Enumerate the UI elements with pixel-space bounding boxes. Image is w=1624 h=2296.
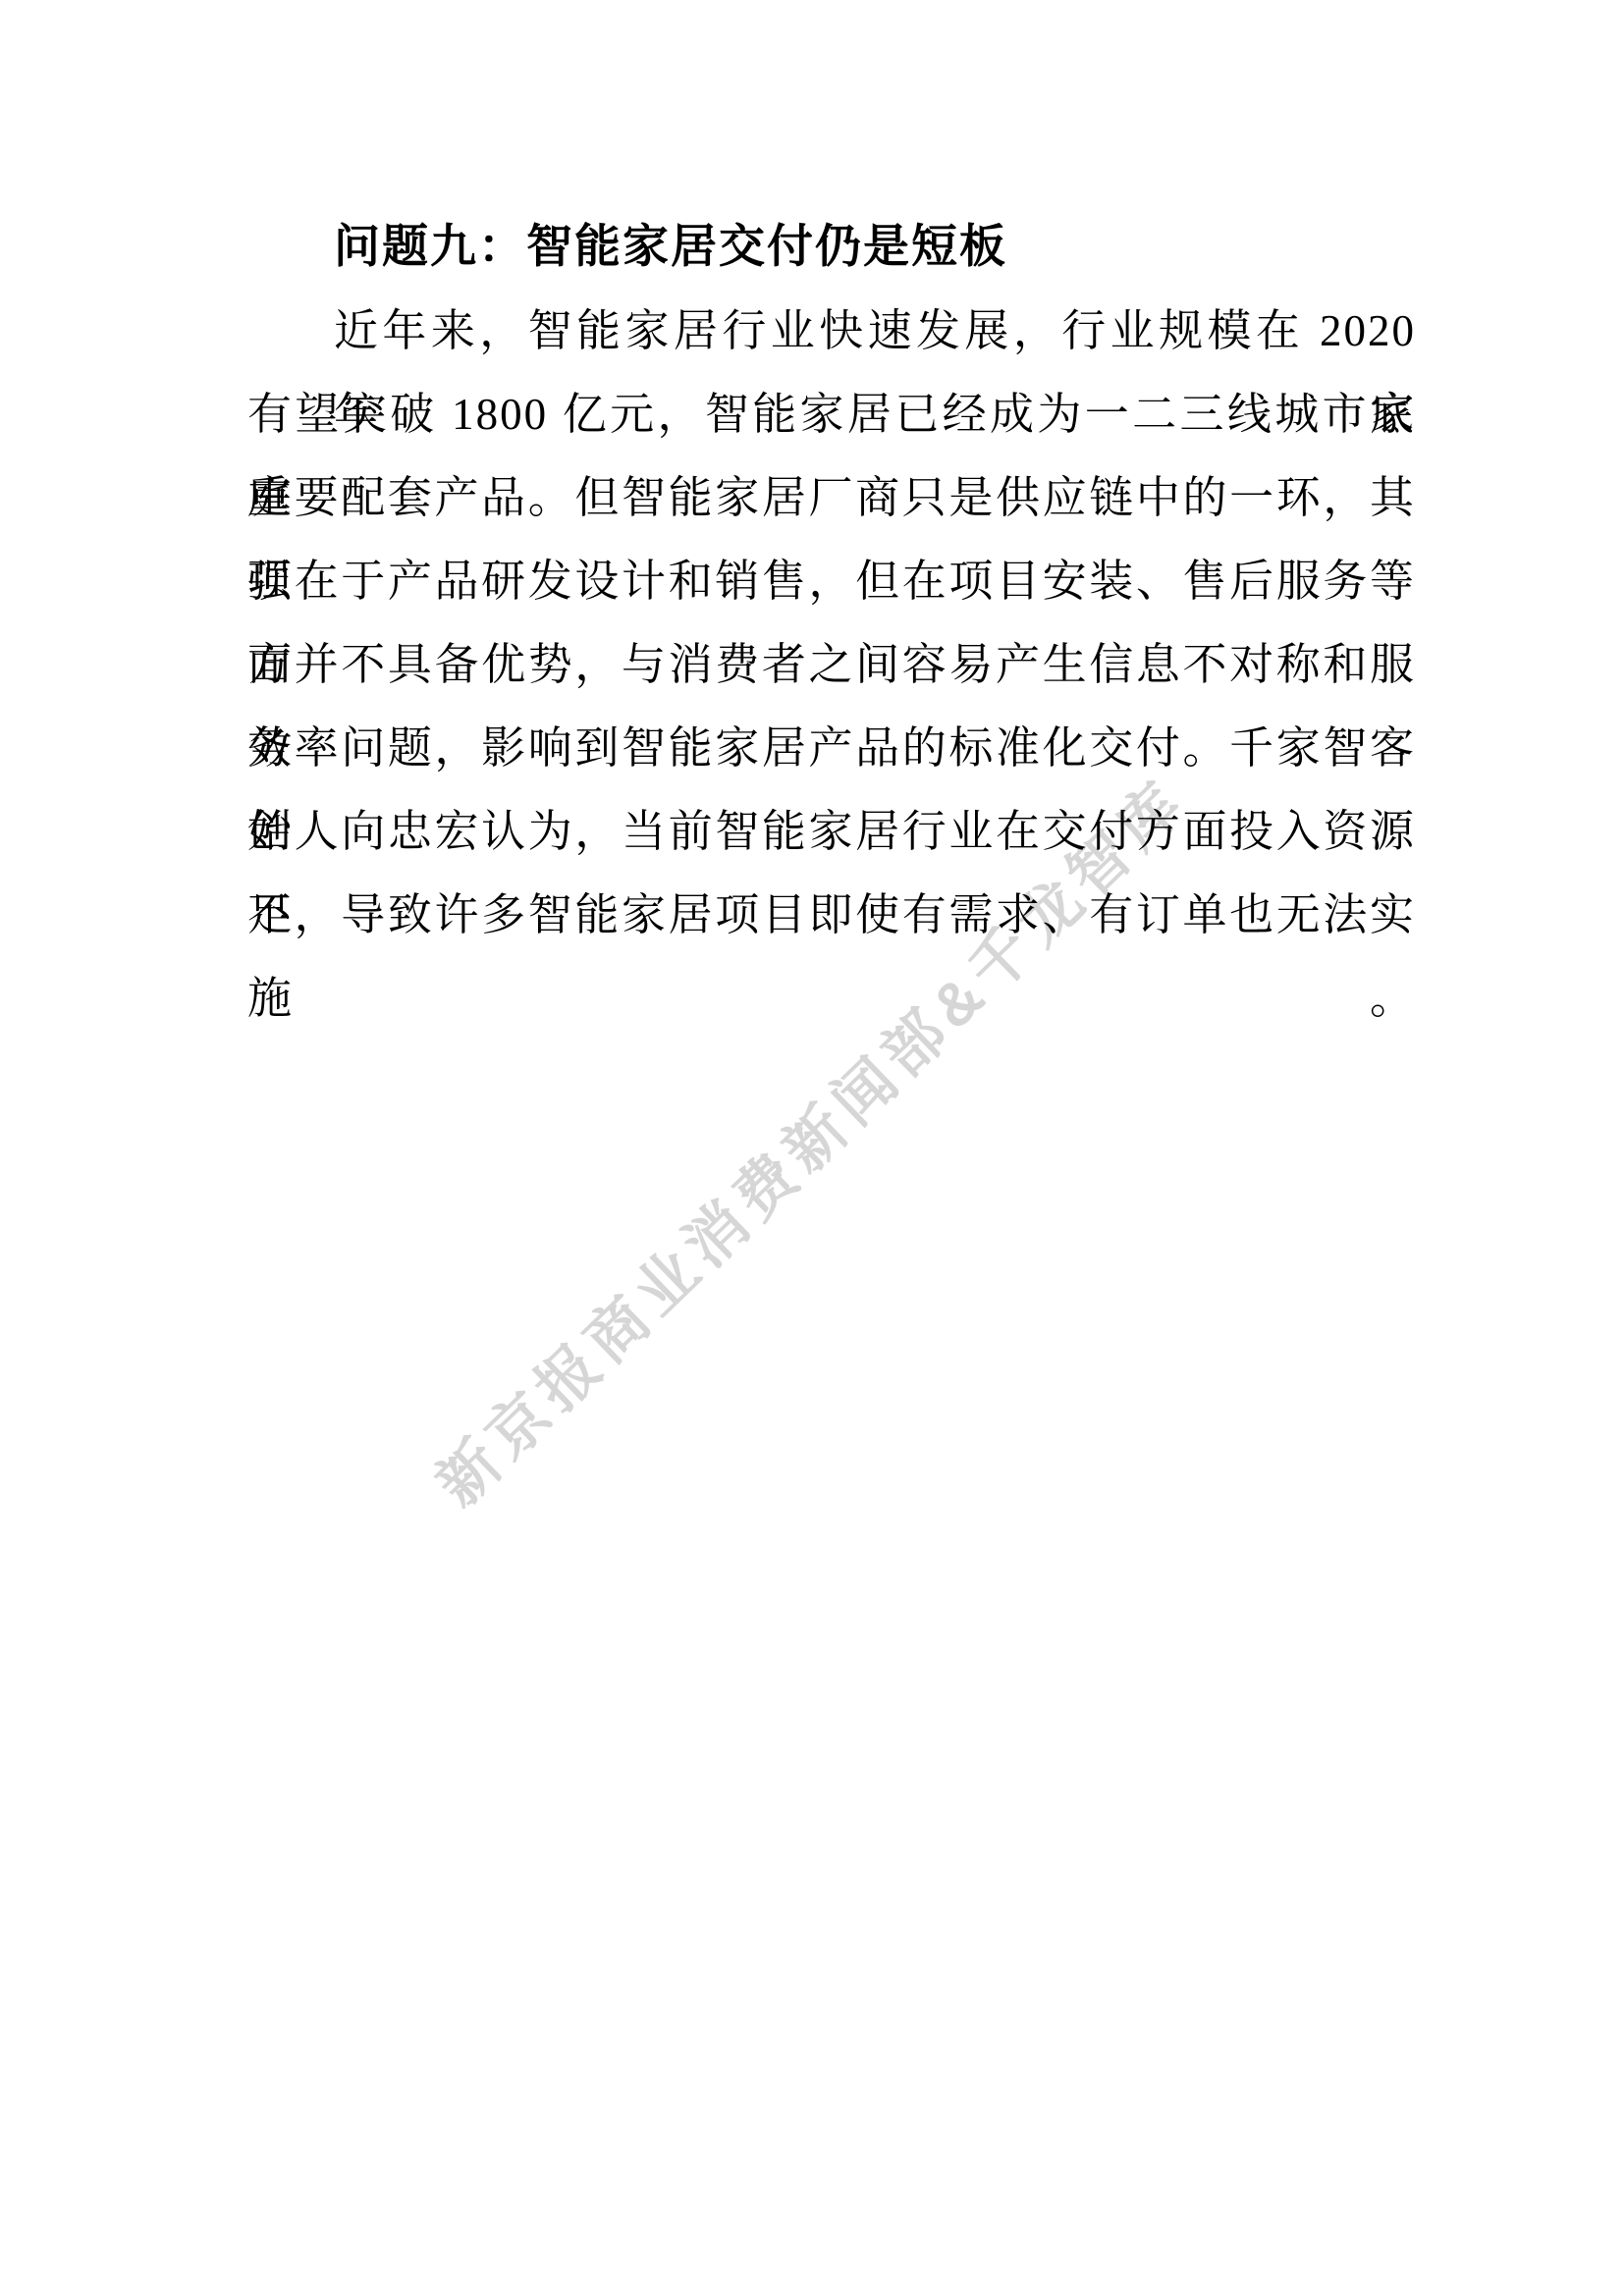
paragraph-line: 足，导致许多智能家居项目即使有需求、有订单也无法实施。 bbox=[247, 874, 1416, 957]
section-heading: 问题九：智能家居交付仍是短板 bbox=[247, 206, 1416, 290]
paragraph: 近年来，智能家居行业快速发展，行业规模在 2020 年底 有望突破 1800 亿… bbox=[247, 290, 1416, 957]
paragraph-line: 重要配套产品。但智能家居厂商只是供应链中的一环，其强 bbox=[247, 456, 1416, 540]
document-body: 问题九：智能家居交付仍是短板 近年来，智能家居行业快速发展，行业规模在 2020… bbox=[247, 206, 1416, 957]
document-page: 新京报商业消费新闻部&千龙智库 问题九：智能家居交付仍是短板 近年来，智能家居行… bbox=[0, 0, 1624, 2296]
paragraph-line: 效率问题，影响到智能家居产品的标准化交付。千家智客创 bbox=[247, 707, 1416, 790]
paragraph-line: 面并不具备优势，与消费者之间容易产生信息不对称和服务 bbox=[247, 623, 1416, 707]
paragraph-line: 项在于产品研发设计和销售，但在项目安装、售后服务等方 bbox=[247, 540, 1416, 623]
paragraph-line: 近年来，智能家居行业快速发展，行业规模在 2020 年底 bbox=[247, 290, 1416, 373]
paragraph-line: 始人向忠宏认为，当前智能家居行业在交付方面投入资源不 bbox=[247, 790, 1416, 874]
paragraph-line: 有望突破 1800 亿元，智能家居已经成为一二三线城市家庭 bbox=[247, 373, 1416, 456]
